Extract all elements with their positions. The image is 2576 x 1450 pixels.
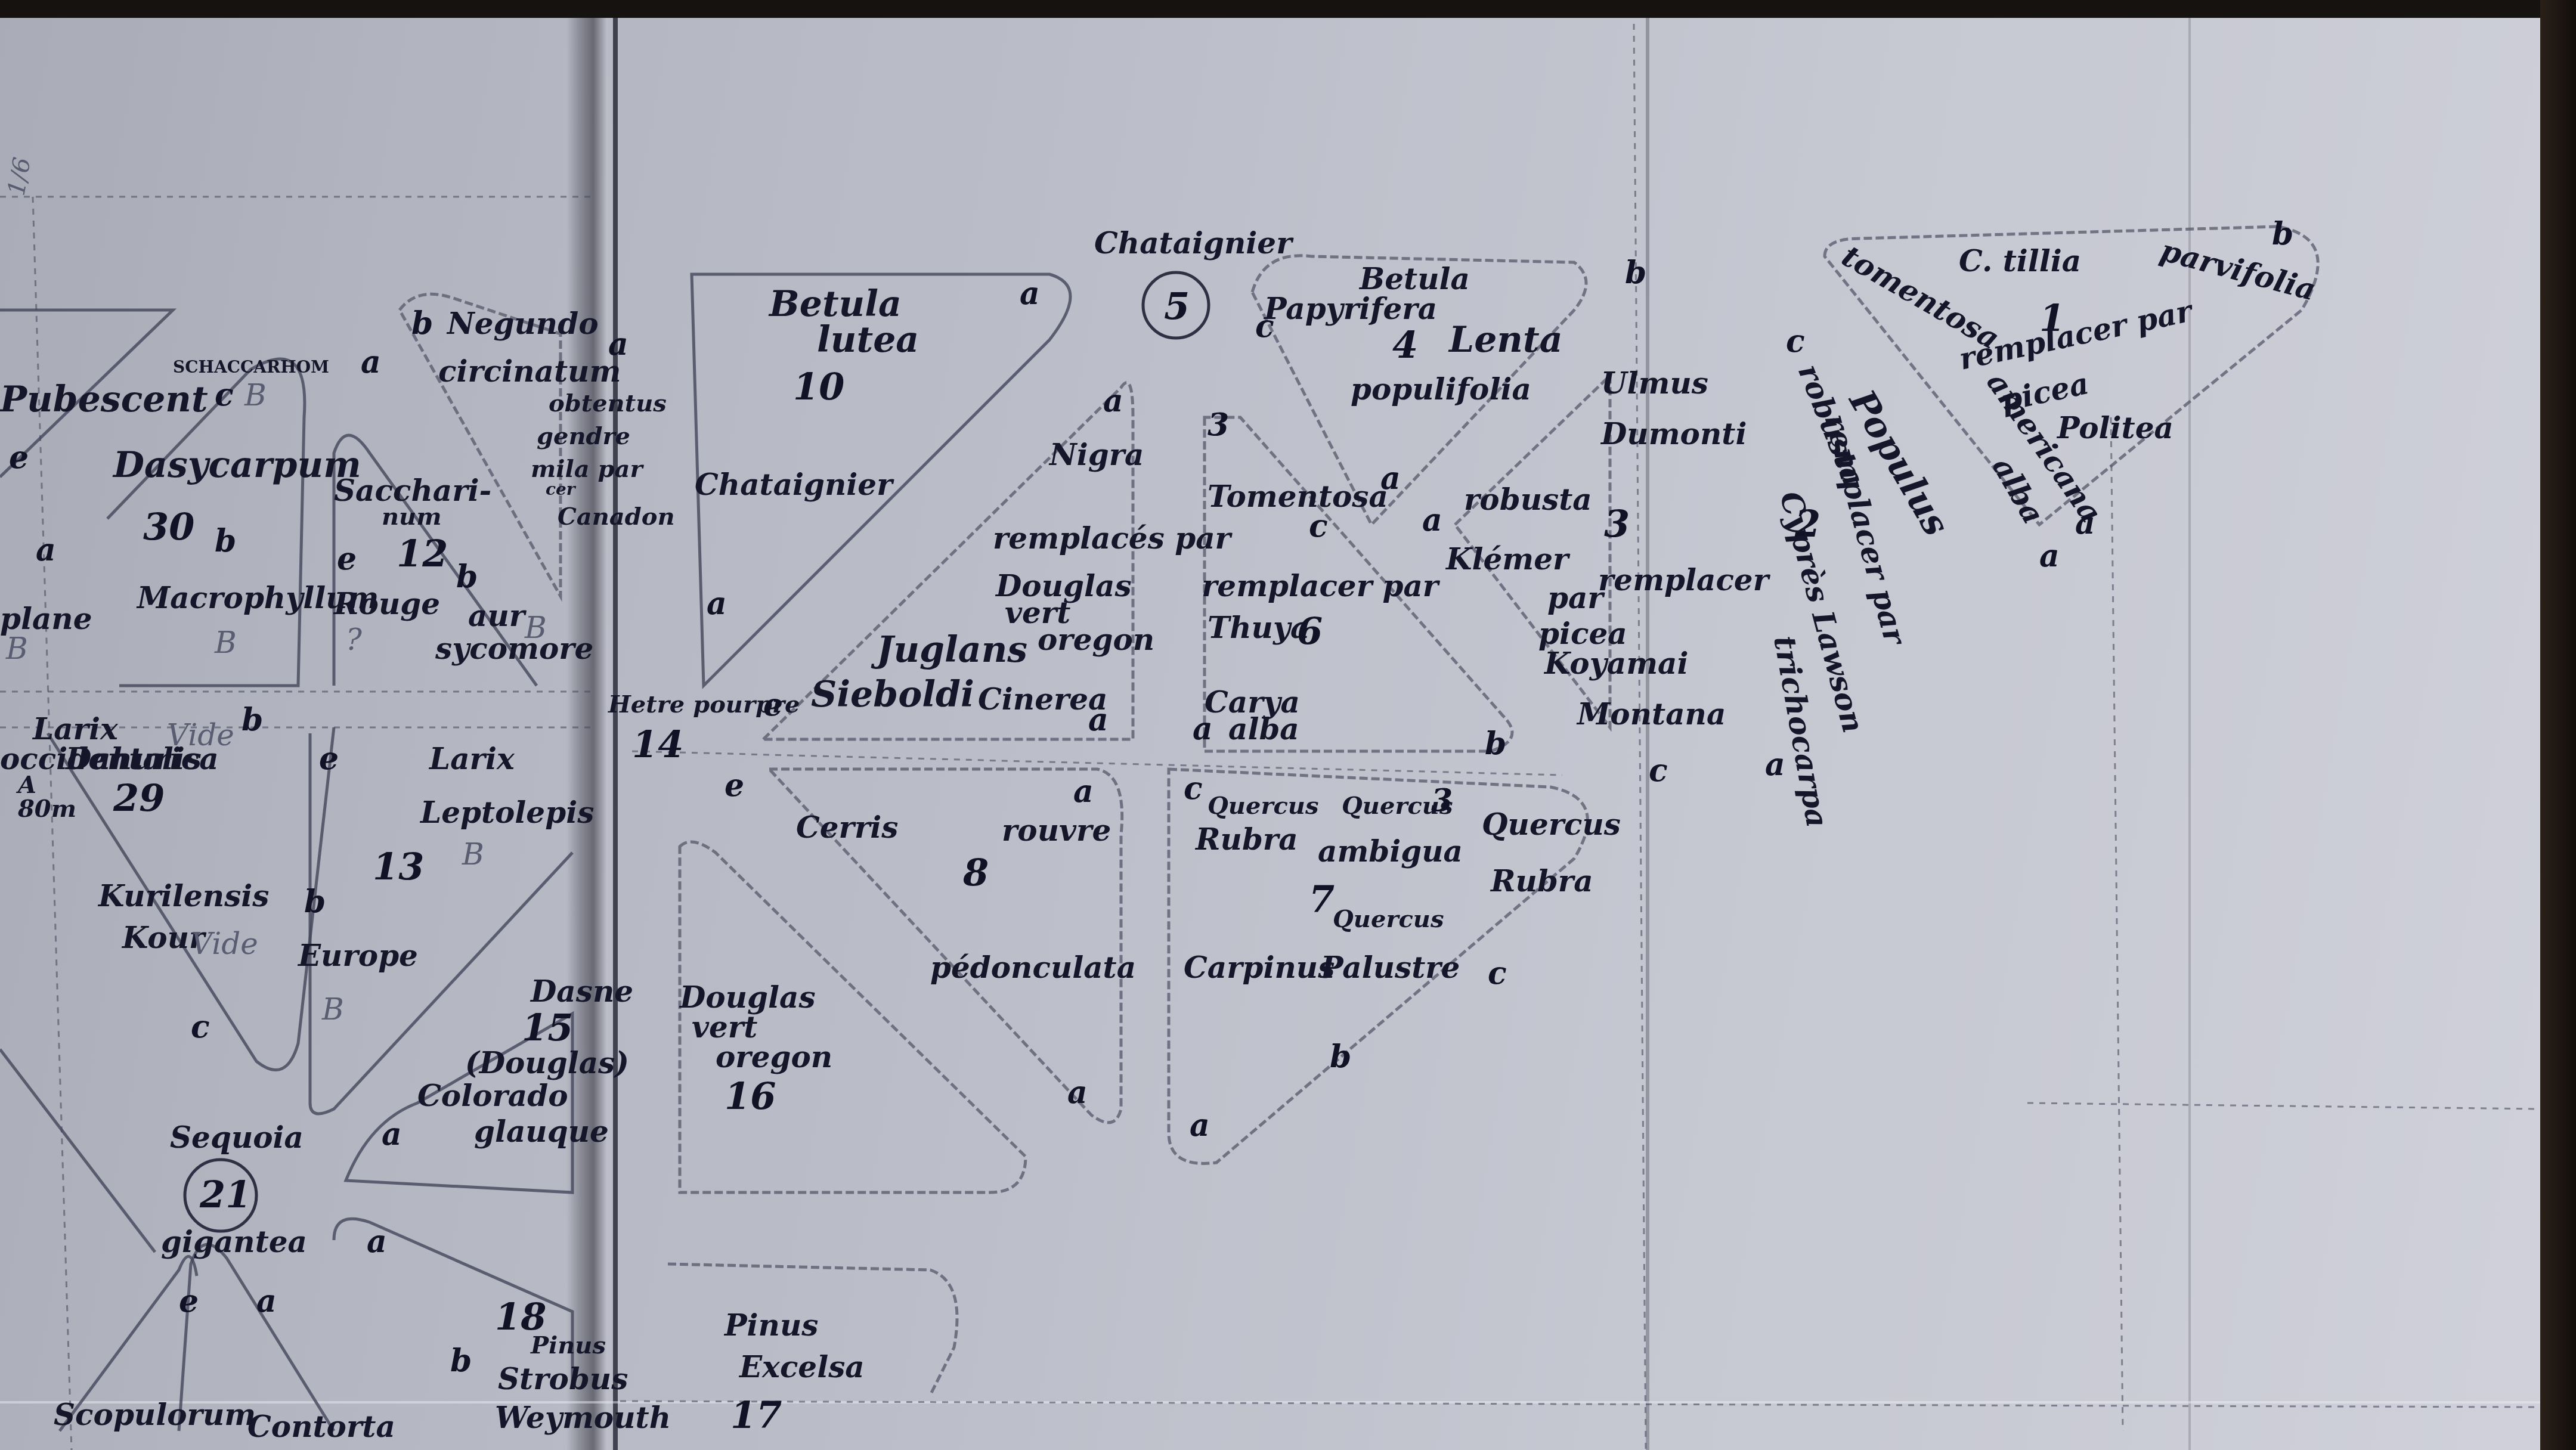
svg-text:Canadon: Canadon [558,503,674,531]
plot-bottom-pines: Scopulorum Contorta [54,1397,395,1444]
svg-text:b: b [1625,255,1646,291]
margin-note: 1/6 [3,155,36,197]
svg-text:B: B [321,992,344,1027]
svg-text:Dumonti: Dumonti [1600,416,1747,451]
svg-text:Kurilensis: Kurilensis [97,878,270,913]
svg-text:B: B [462,837,484,872]
svg-text:a: a [1073,773,1094,810]
svg-text:Thuya: Thuya [1207,610,1309,645]
svg-text:b: b [450,1343,472,1379]
svg-text:a: a [608,326,628,362]
svg-text:B: B [214,625,237,660]
svg-text:a: a [1020,275,1040,312]
svg-text:Chataignier: Chataignier [1094,225,1294,261]
svg-text:Pubescent: Pubescent [0,379,208,420]
svg-text:c: c [1184,770,1203,807]
svg-text:80m: 80m [17,795,76,823]
svg-text:remplacer par: remplacer par [1956,293,2197,377]
plot-9-juglans: a Nigra remplacés par Douglas vert orego… [811,383,1233,738]
svg-text:robusta: robusta [1464,482,1592,517]
svg-text:alba: alba [1228,711,1299,746]
svg-text:10: 10 [793,365,844,408]
svg-text:a: a [707,585,727,622]
svg-text:Rubra: Rubra [1194,822,1298,857]
svg-text:b: b [411,305,433,342]
svg-text:Carpinus: Carpinus [1184,950,1335,985]
svg-text:Sequoia: Sequoia [170,1120,304,1155]
plot-10-betula-lutea: Betula lutea 10 Chataignier a a [695,275,1040,622]
svg-text:4: 4 [1392,323,1418,367]
svg-text:(Douglas): (Douglas) [465,1045,629,1080]
svg-text:c: c [1309,508,1328,544]
svg-text:b: b [1485,726,1506,762]
svg-text:12: 12 [397,532,448,575]
svg-text:B: B [244,378,267,413]
svg-text:glauque: glauque [474,1114,609,1149]
svg-text:e: e [337,541,357,577]
svg-text:Lenta: Lenta [1448,319,1563,361]
svg-text:e: e [319,741,339,777]
svg-text:aur: aur [468,598,527,633]
svg-text:a: a [1103,383,1123,419]
svg-text:cer: cer [546,479,577,499]
svg-text:Juglans: Juglans [871,629,1027,671]
svg-text:Chataignier: Chataignier [695,467,894,502]
svg-text:?: ? [346,622,363,657]
svg-text:21: 21 [199,1173,251,1216]
svg-text:B: B [5,631,28,666]
svg-text:e: e [179,1283,199,1319]
svg-text:15: 15 [522,1006,573,1049]
plot-7-quercus: c Quercus Rubra Quercus ambigua 3 Quercu… [1184,770,1621,1144]
svg-text:6: 6 [1297,609,1323,653]
svg-text:29: 29 [113,776,165,820]
svg-text:remplacés par: remplacés par [993,520,1233,556]
svg-text:b: b [1330,1039,1351,1075]
svg-text:b: b [215,523,236,559]
svg-text:e: e [763,687,783,723]
svg-text:a: a [36,532,56,568]
svg-text:remplacer: remplacer [1598,562,1771,597]
svg-text:mila par: mila par [531,455,644,483]
svg-text:Europe: Europe [297,938,418,973]
svg-text:SCHACCARHOM: SCHACCARHOM [173,357,329,377]
svg-text:lutea: lutea [817,319,919,361]
svg-text:a: a [1765,746,1785,783]
svg-text:Strobus: Strobus [498,1361,628,1396]
svg-text:a: a [2075,505,2095,541]
svg-text:c: c [1488,955,1507,992]
svg-text:Scopulorum: Scopulorum [54,1397,256,1432]
svg-text:b: b [2272,216,2293,252]
plot-18-pinus-strobus: 18 Pinus b Strobus Weymouth [450,1295,671,1435]
svg-text:3: 3 [1207,407,1229,443]
plot-29-larix: Larix occidentalis Dahurica Vide b A 80m… [0,702,270,1045]
svg-text:rouvre: rouvre [1002,813,1111,848]
svg-text:sycomore: sycomore [435,631,593,666]
svg-text:a: a [1088,702,1109,738]
svg-text:c: c [1649,752,1668,789]
plot-17-pinus-excelsa: Pinus Excelsa 17 [723,1308,865,1437]
svg-text:Quercus: Quercus [1482,807,1621,842]
svg-text:Palustre: Palustre [1320,950,1460,985]
svg-text:Rubra: Rubra [1490,863,1593,898]
svg-text:7: 7 [1309,878,1335,921]
svg-text:Papyrifera: Papyrifera [1263,291,1437,326]
svg-text:populifolia: populifolia [1351,371,1531,407]
svg-text:Pinus: Pinus [530,1331,606,1359]
svg-text:gigantea: gigantea [161,1224,307,1259]
arboretum-plan-drawing: 1/6 Pubescent e a plane B c B SCHACCARHO… [0,0,2576,1450]
svg-text:a: a [1067,1074,1088,1111]
plot-16-douglas: Douglas vert oregon 16 [679,980,832,1118]
svg-text:a: a [1422,502,1442,538]
svg-text:a: a [2039,538,2060,574]
svg-text:gendre: gendre [537,422,630,450]
svg-text:Dasne: Dasne [530,974,633,1009]
svg-text:5: 5 [1164,284,1190,328]
svg-text:Quercus: Quercus [1207,792,1318,820]
svg-text:remplacer par: remplacer par [1202,568,1441,603]
svg-text:Negundo: Negundo [446,306,599,341]
plot-outlines [0,227,2318,1431]
plot-negundo: b Negundo circinatum [411,305,621,389]
svg-text:obtentus: obtentus [549,389,667,417]
svg-text:Excelsa: Excelsa [738,1349,865,1384]
svg-text:Pinus: Pinus [723,1308,818,1343]
svg-text:Contorta: Contorta [247,1409,395,1444]
svg-text:16: 16 [724,1074,776,1118]
svg-text:circinatum: circinatum [438,354,621,389]
svg-text:C. tillia: C. tillia [1959,243,2081,278]
svg-text:Montana: Montana [1576,696,1726,732]
svg-text:Weymouth: Weymouth [495,1400,671,1435]
svg-text:b: b [456,559,478,595]
svg-text:num: num [382,503,442,531]
svg-text:Vide: Vide [191,927,258,961]
svg-text:a: a [361,344,381,380]
svg-text:Leptolepis: Leptolepis [419,795,594,830]
plot-left-plane: a plane B [0,532,92,666]
svg-text:Politea: Politea [2056,410,2173,445]
svg-text:14: 14 [632,723,683,766]
svg-text:17: 17 [730,1393,782,1437]
svg-text:Klémer: Klémer [1445,541,1571,577]
svg-text:c: c [1255,308,1274,345]
svg-text:ambigua: ambigua [1318,834,1463,869]
svg-text:8: 8 [962,851,989,894]
svg-text:Rouge: Rouge [333,586,440,621]
svg-text:Cerris: Cerris [796,810,898,845]
svg-text:oregon: oregon [1038,622,1154,657]
svg-text:oregon: oregon [716,1039,832,1074]
svg-text:3: 3 [1604,502,1630,546]
svg-text:a: a [256,1283,277,1319]
svg-text:c: c [215,377,234,413]
svg-text:Ulmus: Ulmus [1601,365,1708,401]
svg-text:Nigra: Nigra [1048,437,1144,472]
svg-text:a: a [382,1116,402,1152]
plot-15-douglas: Dasne 15 (Douglas) Colorado glauque a [382,974,633,1152]
svg-text:a: a [1190,1107,1210,1144]
svg-text:par: par [1547,580,1605,615]
svg-text:c: c [191,1009,210,1045]
svg-text:Quercus: Quercus [1333,905,1444,933]
svg-text:e: e [9,439,29,476]
plot-14-hetre: Hetre pourpre e 14 [608,687,800,766]
svg-text:Tomentosa: Tomentosa [1207,479,1388,514]
svg-text:e: e [724,767,744,804]
svg-text:Dasycarpum: Dasycarpum [112,444,361,486]
svg-text:a: a [367,1223,387,1260]
svg-text:Vide: Vide [167,718,234,752]
svg-text:30: 30 [143,505,194,549]
svg-text:Colorado: Colorado [417,1078,568,1113]
svg-text:13: 13 [373,845,424,888]
svg-text:a: a [1193,711,1213,747]
svg-text:pédonculata: pédonculata [930,950,1136,985]
svg-text:3: 3 [1431,782,1453,819]
svg-text:b: b [304,884,326,920]
svg-text:b: b [241,702,263,738]
svg-text:Sieboldi: Sieboldi [811,674,974,715]
svg-text:Larix: Larix [428,741,515,776]
svg-text:c: c [1786,323,1805,360]
plot-6-tomentosa: 3 Tomentosa c remplacer par Thuya 6 Cary… [1193,407,1506,762]
svg-text:Koyamai: Koyamai [1543,646,1688,681]
